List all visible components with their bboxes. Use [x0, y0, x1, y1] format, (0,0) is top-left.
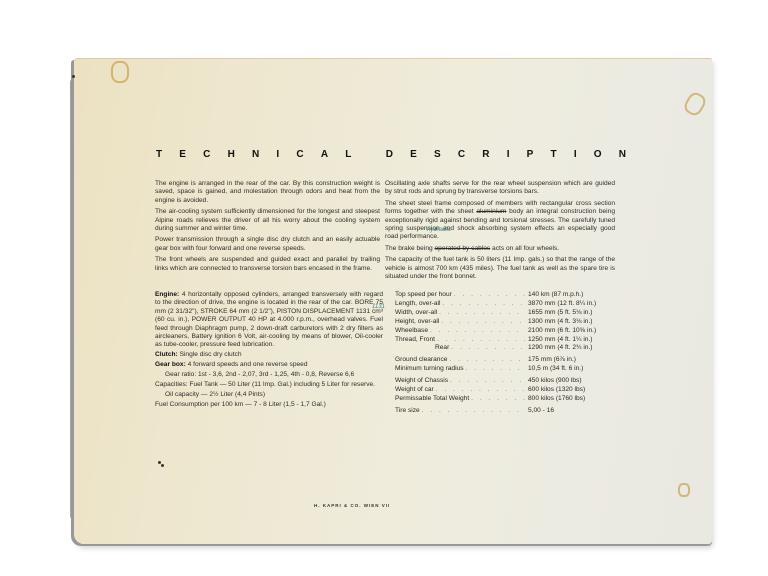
ink-speck: [72, 75, 75, 78]
spec-value: 175 mm (6⅞ in.): [528, 356, 620, 365]
clutch-text: Single disc dry clutch: [180, 351, 242, 358]
dot-leader: [466, 365, 526, 374]
ink-speck: [161, 464, 164, 467]
spec-label: Tire size: [395, 407, 420, 416]
spec-label: Permissable Total Weight: [395, 395, 469, 404]
capacities: Capacities: Fuel Tank — 50 Liter (11 Imp…: [155, 381, 383, 389]
rust-stain-bottom-right: [678, 483, 690, 497]
spec-value: 1290 mm (4 ft. 2¾ in.): [528, 344, 620, 353]
paragraph-frame: The sheet steel frame composed of member…: [385, 200, 615, 242]
spec-label: Ground clearance: [395, 356, 447, 365]
dot-leader: [439, 309, 526, 318]
title-letter: N: [252, 149, 259, 160]
spec-row: Wheelbase2100 mm (6 ft. 10⅝ in.): [395, 327, 620, 336]
fuel-consumption: Fuel Consumption per 100 km — 7 - 8 Lite…: [155, 401, 383, 409]
engine-specs: Engine: 4 horizontally opposed cylinders…: [155, 291, 383, 411]
spec-row: Permissable Total Weight800 kilos (1760 …: [395, 395, 620, 404]
struck-word: aluminium: [476, 208, 506, 215]
spec-row: Weight of Chassis450 kilos (900 lbs): [395, 377, 620, 386]
dot-leader: [449, 356, 526, 365]
spec-label: Wheelbase: [395, 327, 428, 336]
title-letter: E: [410, 149, 417, 160]
spec-label: Thread, Front: [395, 336, 435, 345]
paragraph-rear-suspension: Oscillating axle shafts serve for the re…: [385, 180, 615, 197]
printer-imprint: H. KAPRI & CO. WIEN VII: [314, 503, 390, 508]
title-letter: C: [203, 149, 210, 160]
spec-value: 600 kilos (1320 lbs): [528, 386, 620, 395]
spec-value: 450 kilos (900 lbs): [528, 377, 620, 386]
paragraph-engine-location: The engine is arranged in the rear of th…: [155, 180, 380, 205]
dot-leader: [441, 318, 526, 327]
struck-phrase: operated by cables: [435, 245, 491, 252]
dot-leader: [436, 386, 526, 395]
spec-row: Length, over-all3870 mm (12 ft. 8¼ in.): [395, 300, 620, 309]
dot-leader: [454, 291, 526, 300]
engine-label: Engine:: [155, 291, 179, 298]
title-letter: A: [321, 149, 328, 160]
spec-label: Weight of car: [395, 386, 434, 395]
title-letter: T: [156, 149, 162, 160]
intro-right-column: Oscillating axle shafts serve for the re…: [385, 180, 615, 284]
title-letter: D: [386, 149, 393, 160]
handwritten-note-hydraulic: hydraulic: [427, 227, 451, 233]
title-letter: I: [507, 149, 510, 160]
rust-stain-top-left: [111, 61, 129, 83]
spec-value: 1655 mm (5 ft. 5⅛ in.): [528, 309, 620, 318]
spec-value: 1300 mm (4 ft. 3⅛ in.): [528, 318, 620, 327]
gearbox-label: Gear box:: [155, 361, 186, 368]
spec-label: Width, over-all: [395, 309, 437, 318]
spec-label: Weight of Chassis: [395, 377, 448, 386]
spec-value: 800 kilos (1760 lbs): [528, 395, 620, 404]
title-letter: R: [482, 149, 489, 160]
title-letter: I: [574, 149, 577, 160]
page-title: TECHNICALDESCRIPTION: [156, 149, 626, 160]
rust-stain-top-right: [682, 90, 709, 118]
title-letter: C: [296, 149, 303, 160]
spec-label: Length, over-all: [395, 300, 440, 309]
spec-label: Top speed per hour: [395, 291, 452, 300]
spec-label: Rear: [395, 344, 449, 353]
clutch-label: Clutch:: [155, 351, 178, 358]
intro-left-column: The engine is arranged in the rear of th…: [155, 180, 380, 276]
paragraph-front-wheels: The front wheels are suspended and guide…: [155, 256, 380, 273]
dot-leader: [451, 344, 526, 353]
gear-ratio: Gear ratio: 1st - 3,6, 2nd - 2,07, 3rd -…: [155, 371, 383, 379]
dot-leader: [430, 327, 526, 336]
spec-row: Height, over-all1300 mm (4 ft. 3⅛ in.): [395, 318, 620, 327]
engine-text: 4 horizontally opposed cylinders, arrang…: [155, 291, 383, 348]
paragraph-fuel-tank: The capacity of the fuel tank is 50 lite…: [385, 256, 615, 281]
title-letter: T: [551, 149, 557, 160]
spec-row: Rear1290 mm (4 ft. 2¾ in.): [395, 344, 620, 353]
spec-value: 5,00 - 16: [528, 407, 620, 416]
spec-row: Minimum turning radius10,5 m (34 ft. 6 i…: [395, 365, 620, 374]
title-letter: L: [345, 149, 351, 160]
dot-leader: [422, 407, 526, 416]
spec-row: Thread, Front1250 mm (4 ft. 1¼ in.): [395, 336, 620, 345]
dot-leader: [471, 395, 526, 404]
spec-row: Weight of car600 kilos (1320 lbs): [395, 386, 620, 395]
spec-row: Tire size5,00 - 16: [395, 407, 620, 416]
spec-value: 1250 mm (4 ft. 1¼ in.): [528, 336, 620, 345]
title-letter: I: [276, 149, 279, 160]
spec-value: 2100 mm (6 ft. 10⅝ in.): [528, 327, 620, 336]
title-letter: N: [619, 149, 626, 160]
spec-row: Width, over-all1655 mm (5 ft. 5⅛ in.): [395, 309, 620, 318]
paragraph-power-transmission: Power transmission through a single disc…: [155, 236, 380, 253]
spec-value: 3870 mm (12 ft. 8¼ in.): [528, 300, 620, 309]
paragraph-air-cooling: The air-cooling system sufficiently dime…: [155, 208, 380, 233]
title-letter: S: [434, 149, 441, 160]
title-letter: O: [594, 149, 602, 160]
document-sheet: TECHNICALDESCRIPTION The engine is arran…: [74, 58, 712, 544]
spec-label: Minimum turning radius: [395, 365, 464, 374]
spec-label: Height, over-all: [395, 318, 439, 327]
gearbox-text: 4 forward speeds and one reverse speed: [188, 361, 308, 368]
title-letter: E: [179, 149, 186, 160]
oil-capacity: Oil capacity — 2½ Liter (4,4 Pints): [155, 391, 383, 399]
paragraph-brakes: The brake being operated by cables acts …: [385, 245, 615, 253]
spec-value: 10,5 m (34 ft. 6 in.): [528, 365, 620, 374]
spec-row: Top speed per hour140 km (87 m.p.h.): [395, 291, 620, 300]
dot-leader: [437, 336, 526, 345]
dot-leader: [450, 377, 526, 386]
spec-row: Ground clearance175 mm (6⅞ in.): [395, 356, 620, 365]
title-letter: C: [458, 149, 465, 160]
spec-value: 140 km (87 m.p.h.): [528, 291, 620, 300]
dot-leader: [442, 300, 526, 309]
title-letter: H: [228, 149, 235, 160]
dimensions-table: Top speed per hour140 km (87 m.p.h.)Leng…: [395, 291, 620, 416]
title-letter: P: [527, 149, 534, 160]
